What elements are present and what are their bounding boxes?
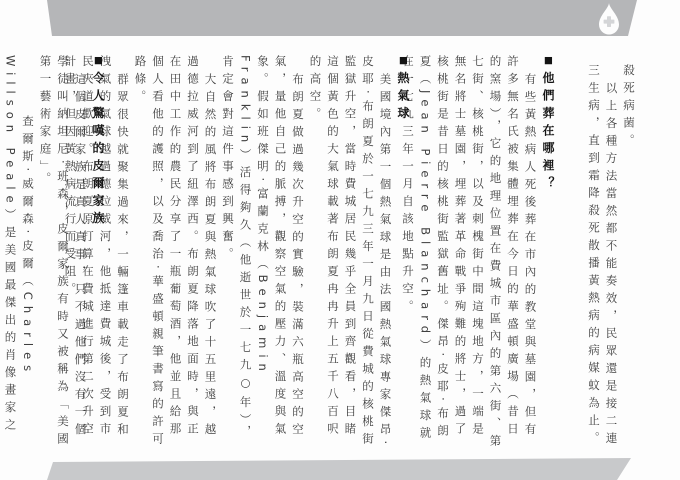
book-page-spread: 殺死病菌。 以上各種方法當然都不能奏效，民眾還是接二連三生病，直到霜降殺死散播黃… xyxy=(0,0,680,480)
section-heading: ■熱氣球 xyxy=(394,55,413,457)
paragraph: 有些黃熱病人死後葬在市內的教堂與墓園，但有許多無名氏被集體埋葬在今日的華盛頓廣場… xyxy=(399,55,539,457)
section-hot-air-balloon: ■熱氣球 美國境內第一個熱氣球是由法國熱氣球專家傑昂·皮耶·布朗夏於一七九三年一… xyxy=(130,55,412,457)
heading-text: 熱氣球 xyxy=(396,72,410,125)
paragraph: 美國境內第一個熱氣球是由法國熱氣球專家傑昂·皮耶·布朗夏於一七九三年一月九日從費… xyxy=(306,55,394,457)
paragraph: 布朗夏做過幾次升空的實驗，裝滿六瓶高空的空氣，量他自己的脈搏，觀察空氣的壓力、溫… xyxy=(219,55,307,457)
section-heading: ■令人驚嘆的皮爾家族 xyxy=(89,55,108,457)
paragraph: 查爾斯·威爾森·皮爾（Charles Willson Peale）是美國最傑出的… xyxy=(0,55,36,457)
heading-square-marker: ■ xyxy=(543,55,554,72)
section-heading: ■他們葬在哪裡？ xyxy=(539,55,558,457)
footer-band xyxy=(0,458,680,480)
paragraph: 殺死病菌。 xyxy=(620,64,638,457)
water-drop-icon xyxy=(599,3,619,36)
paragraph: 以上各種方法當然都不能奏效，民眾還是接二連三生病，直到霜降殺死散播黃熱病的病媒蚊… xyxy=(585,64,620,457)
header-band xyxy=(0,0,680,36)
section-continuation: 殺死病菌。 以上各種方法當然都不能奏效，民眾還是接二連三生病，直到霜降殺死散播黃… xyxy=(579,64,637,457)
heading-text: 他們葬在哪裡？ xyxy=(541,72,555,195)
heading-square-marker: ■ xyxy=(93,55,104,72)
paragraph: 大自然的風將布朗夏與熱氣球吹了十五里遠，越過德拉威河到了紐澤西。布朗夏降落地面時… xyxy=(131,55,219,457)
section-peale-family: ■令人驚嘆的皮爾家族 這個皮爾家族是真人真事，只不過他們沒有一個學徒叫納坦尼·班… xyxy=(21,55,107,457)
section-where-are-they-buried: ■他們葬在哪裡？ 有些黃熱病人死後葬在市內的教堂與墓園，但有許多無名氏被集體埋葬… xyxy=(449,55,557,457)
heading-text: 令人驚嘆的皮爾家族 xyxy=(91,72,105,230)
paragraph: 這個皮爾家族是真人真事，只不過他們沒有一個學徒叫納坦尼·班森，皮爾家族有時又被稱… xyxy=(36,55,89,457)
heading-square-marker: ■ xyxy=(398,55,409,72)
